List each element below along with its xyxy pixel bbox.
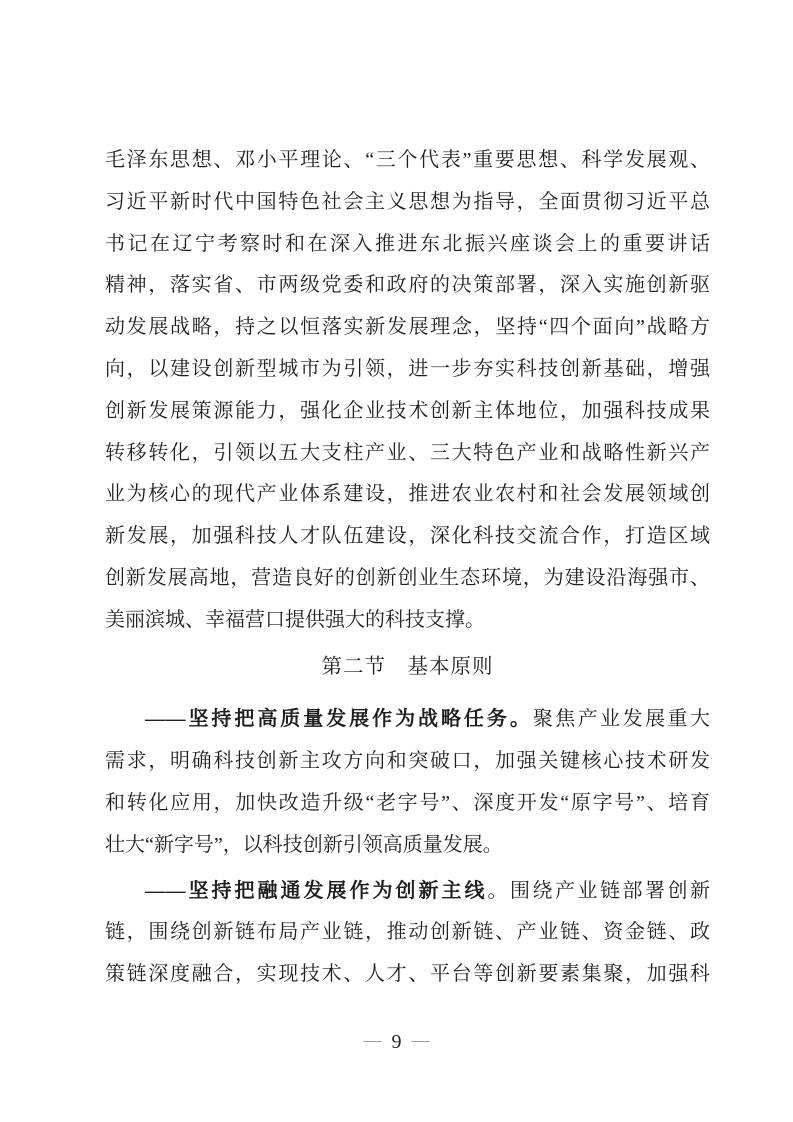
body-line: 新发展，加强科技人才队伍建设，深化科技交流合作，打造区域 — [105, 516, 710, 558]
body-line: 创新发展策源能力，强化企业技术创新主体地位，加强科技成果 — [105, 391, 710, 433]
body-line: ——坚持把高质量发展作为战略任务。聚焦产业发展重大 — [105, 699, 710, 741]
body-line: 转移转化，引领以五大支柱产业、三大特色产业和战略性新兴产 — [105, 433, 710, 475]
body-line: 动发展战略，持之以恒落实新发展理念，坚持“四个面向”战略方 — [105, 307, 710, 349]
footer-dash-right: — — [402, 1030, 440, 1050]
paragraph-lead-bold: ——坚持把高质量发展作为战略任务。 — [145, 708, 533, 730]
body-line: 壮大“新字号”，以科技创新引领高质量发展。 — [105, 825, 710, 867]
body-line: 习近平新时代中国特色社会主义思想为指导，全面贯彻习近平总 — [105, 182, 710, 224]
paragraph-lead-bold: ——坚持把融通发展作为创新主线 — [145, 880, 488, 902]
body-line: 毛泽东思想、邓小平理论、“三个代表”重要思想、科学发展观、 — [105, 140, 710, 182]
page-body-text: 毛泽东思想、邓小平理论、“三个代表”重要思想、科学发展观、 习近平新时代中国特色… — [105, 140, 710, 996]
document-page: 毛泽东思想、邓小平理论、“三个代表”重要思想、科学发展观、 习近平新时代中国特色… — [0, 0, 793, 1122]
paragraph-lead-rest: 。围绕产业链部署创新 — [488, 880, 711, 902]
body-line: 创新发展高地，营造良好的创新创业生态环境，为建设沿海强市、 — [105, 558, 710, 600]
body-line: 业为核心的现代产业体系建设，推进农业农村和社会发展领域创 — [105, 474, 710, 516]
paragraph-strategic-task: ——坚持把高质量发展作为战略任务。聚焦产业发展重大 需求，明确科技创新主攻方向和… — [105, 699, 710, 866]
body-line: 美丽滨城、幸福营口提供强大的科技支撑。 — [105, 600, 710, 642]
body-line: 链，围绕创新链布局产业链，推动创新链、产业链、资金链、政 — [105, 912, 710, 954]
body-line: 策链深度融合，实现技术、人才、平台等创新要素集聚，加强科 — [105, 954, 710, 996]
footer-dash-left: — — [354, 1030, 392, 1050]
body-line: 和转化应用，加快改造升级“老字号”、深度开发“原字号”、培育 — [105, 783, 710, 825]
page-footer: —9— — [0, 1028, 793, 1056]
body-line: 需求，明确科技创新主攻方向和突破口，加强关键核心技术研发 — [105, 741, 710, 783]
paragraph-continuation: 毛泽东思想、邓小平理论、“三个代表”重要思想、科学发展观、 习近平新时代中国特色… — [105, 140, 710, 642]
paragraph-innovation-mainline: ——坚持把融通发展作为创新主线。围绕产业链部署创新 链，围绕创新链布局产业链，推… — [105, 871, 710, 996]
paragraph-lead-rest: 聚焦产业发展重大 — [533, 708, 710, 730]
body-line: ——坚持把融通发展作为创新主线。围绕产业链部署创新 — [105, 871, 710, 913]
body-line: 向，以建设创新型城市为引领，进一步夯实科技创新基础，增强 — [105, 349, 710, 391]
page-number: 9 — [392, 1031, 402, 1053]
section-heading: 第二节 基本原则 — [105, 647, 710, 689]
body-line: 书记在辽宁考察时和在深入推进东北振兴座谈会上的重要讲话 — [105, 224, 710, 266]
body-line: 精神，落实省、市两级党委和政府的决策部署，深入实施创新驱 — [105, 265, 710, 307]
